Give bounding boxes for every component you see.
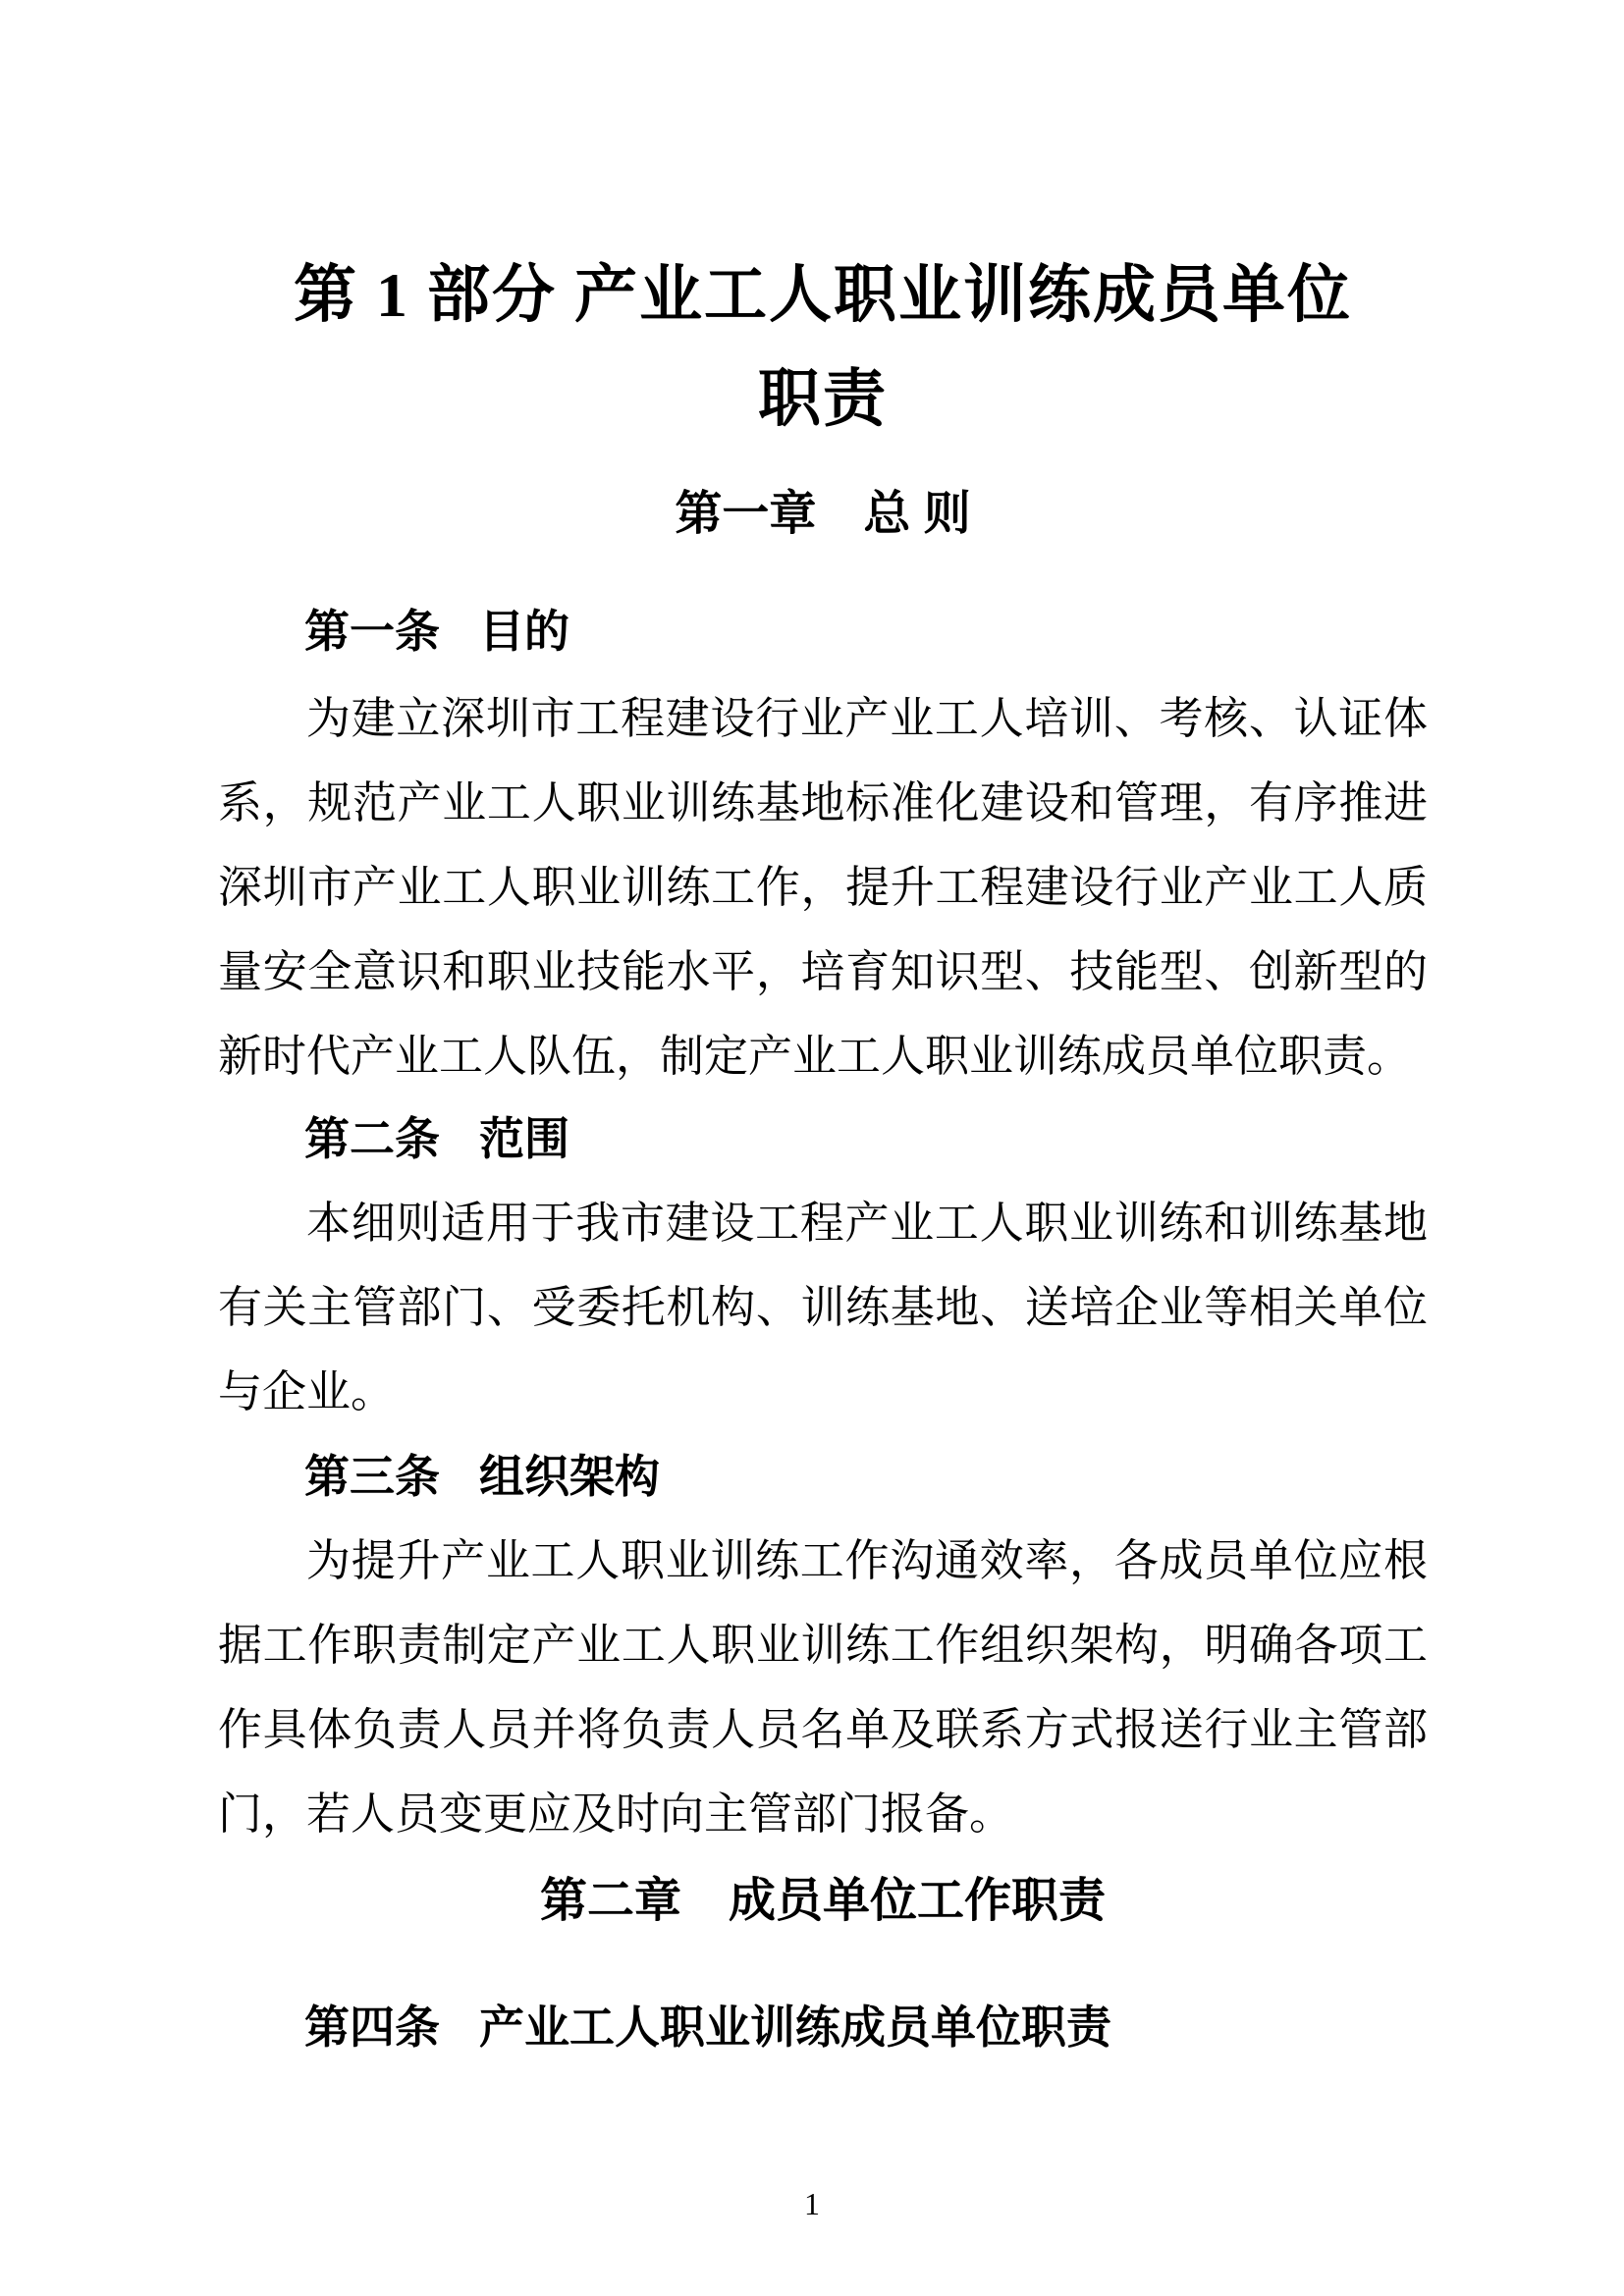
article-3-heading: 第三条组织架构 — [218, 1447, 1428, 1506]
article-3-label: 第三条 — [304, 1451, 440, 1502]
document-title-line-2: 职责 — [218, 347, 1428, 452]
article-1-label: 第一条 — [304, 606, 440, 657]
article-4-title: 产业工人职业训练成员单位职责 — [479, 2002, 1111, 2053]
article-4-label: 第四条 — [304, 2002, 440, 2053]
article-3-title: 组织架构 — [479, 1451, 660, 1502]
document-page: 第 1 部分 产业工人职业训练成员单位 职责 第一章总 则 第一条目的 为建立深… — [0, 0, 1624, 2296]
document-title-line-1: 第 1 部分 产业工人职业训练成员单位 — [218, 243, 1428, 347]
article-2-heading: 第二条范围 — [218, 1109, 1428, 1168]
article-3-paragraph: 为提升产业工人职业训练工作沟通效率，各成员单位应根据工作职责制定产业工人职业训练… — [218, 1519, 1428, 1856]
page-number: 1 — [0, 2186, 1624, 2221]
document-title: 第 1 部分 产业工人职业训练成员单位 职责 — [218, 243, 1428, 452]
article-2-label: 第二条 — [304, 1113, 440, 1164]
chapter-heading-2: 第二章成员单位工作职责 — [218, 1872, 1428, 1931]
article-1-heading: 第一条目的 — [218, 602, 1428, 661]
article-2-title: 范围 — [479, 1113, 569, 1164]
chapter-1-label: 第一章 — [675, 488, 816, 540]
article-1-paragraph: 为建立深圳市工程建设行业产业工人培训、考核、认证体系，规范产业工人职业训练基地标… — [218, 676, 1428, 1098]
chapter-2-label: 第二章 — [540, 1875, 681, 1927]
article-1-title: 目的 — [479, 606, 569, 657]
article-2-paragraph: 本细则适用于我市建设工程产业工人职业训练和训练基地有关主管部门、受委托机构、训练… — [218, 1181, 1428, 1434]
chapter-1-title: 总 则 — [863, 488, 970, 540]
article-4-heading: 第四条产业工人职业训练成员单位职责 — [218, 1998, 1428, 2056]
chapter-2-title: 成员单位工作职责 — [729, 1875, 1106, 1927]
chapter-heading-1: 第一章总 则 — [218, 485, 1428, 544]
